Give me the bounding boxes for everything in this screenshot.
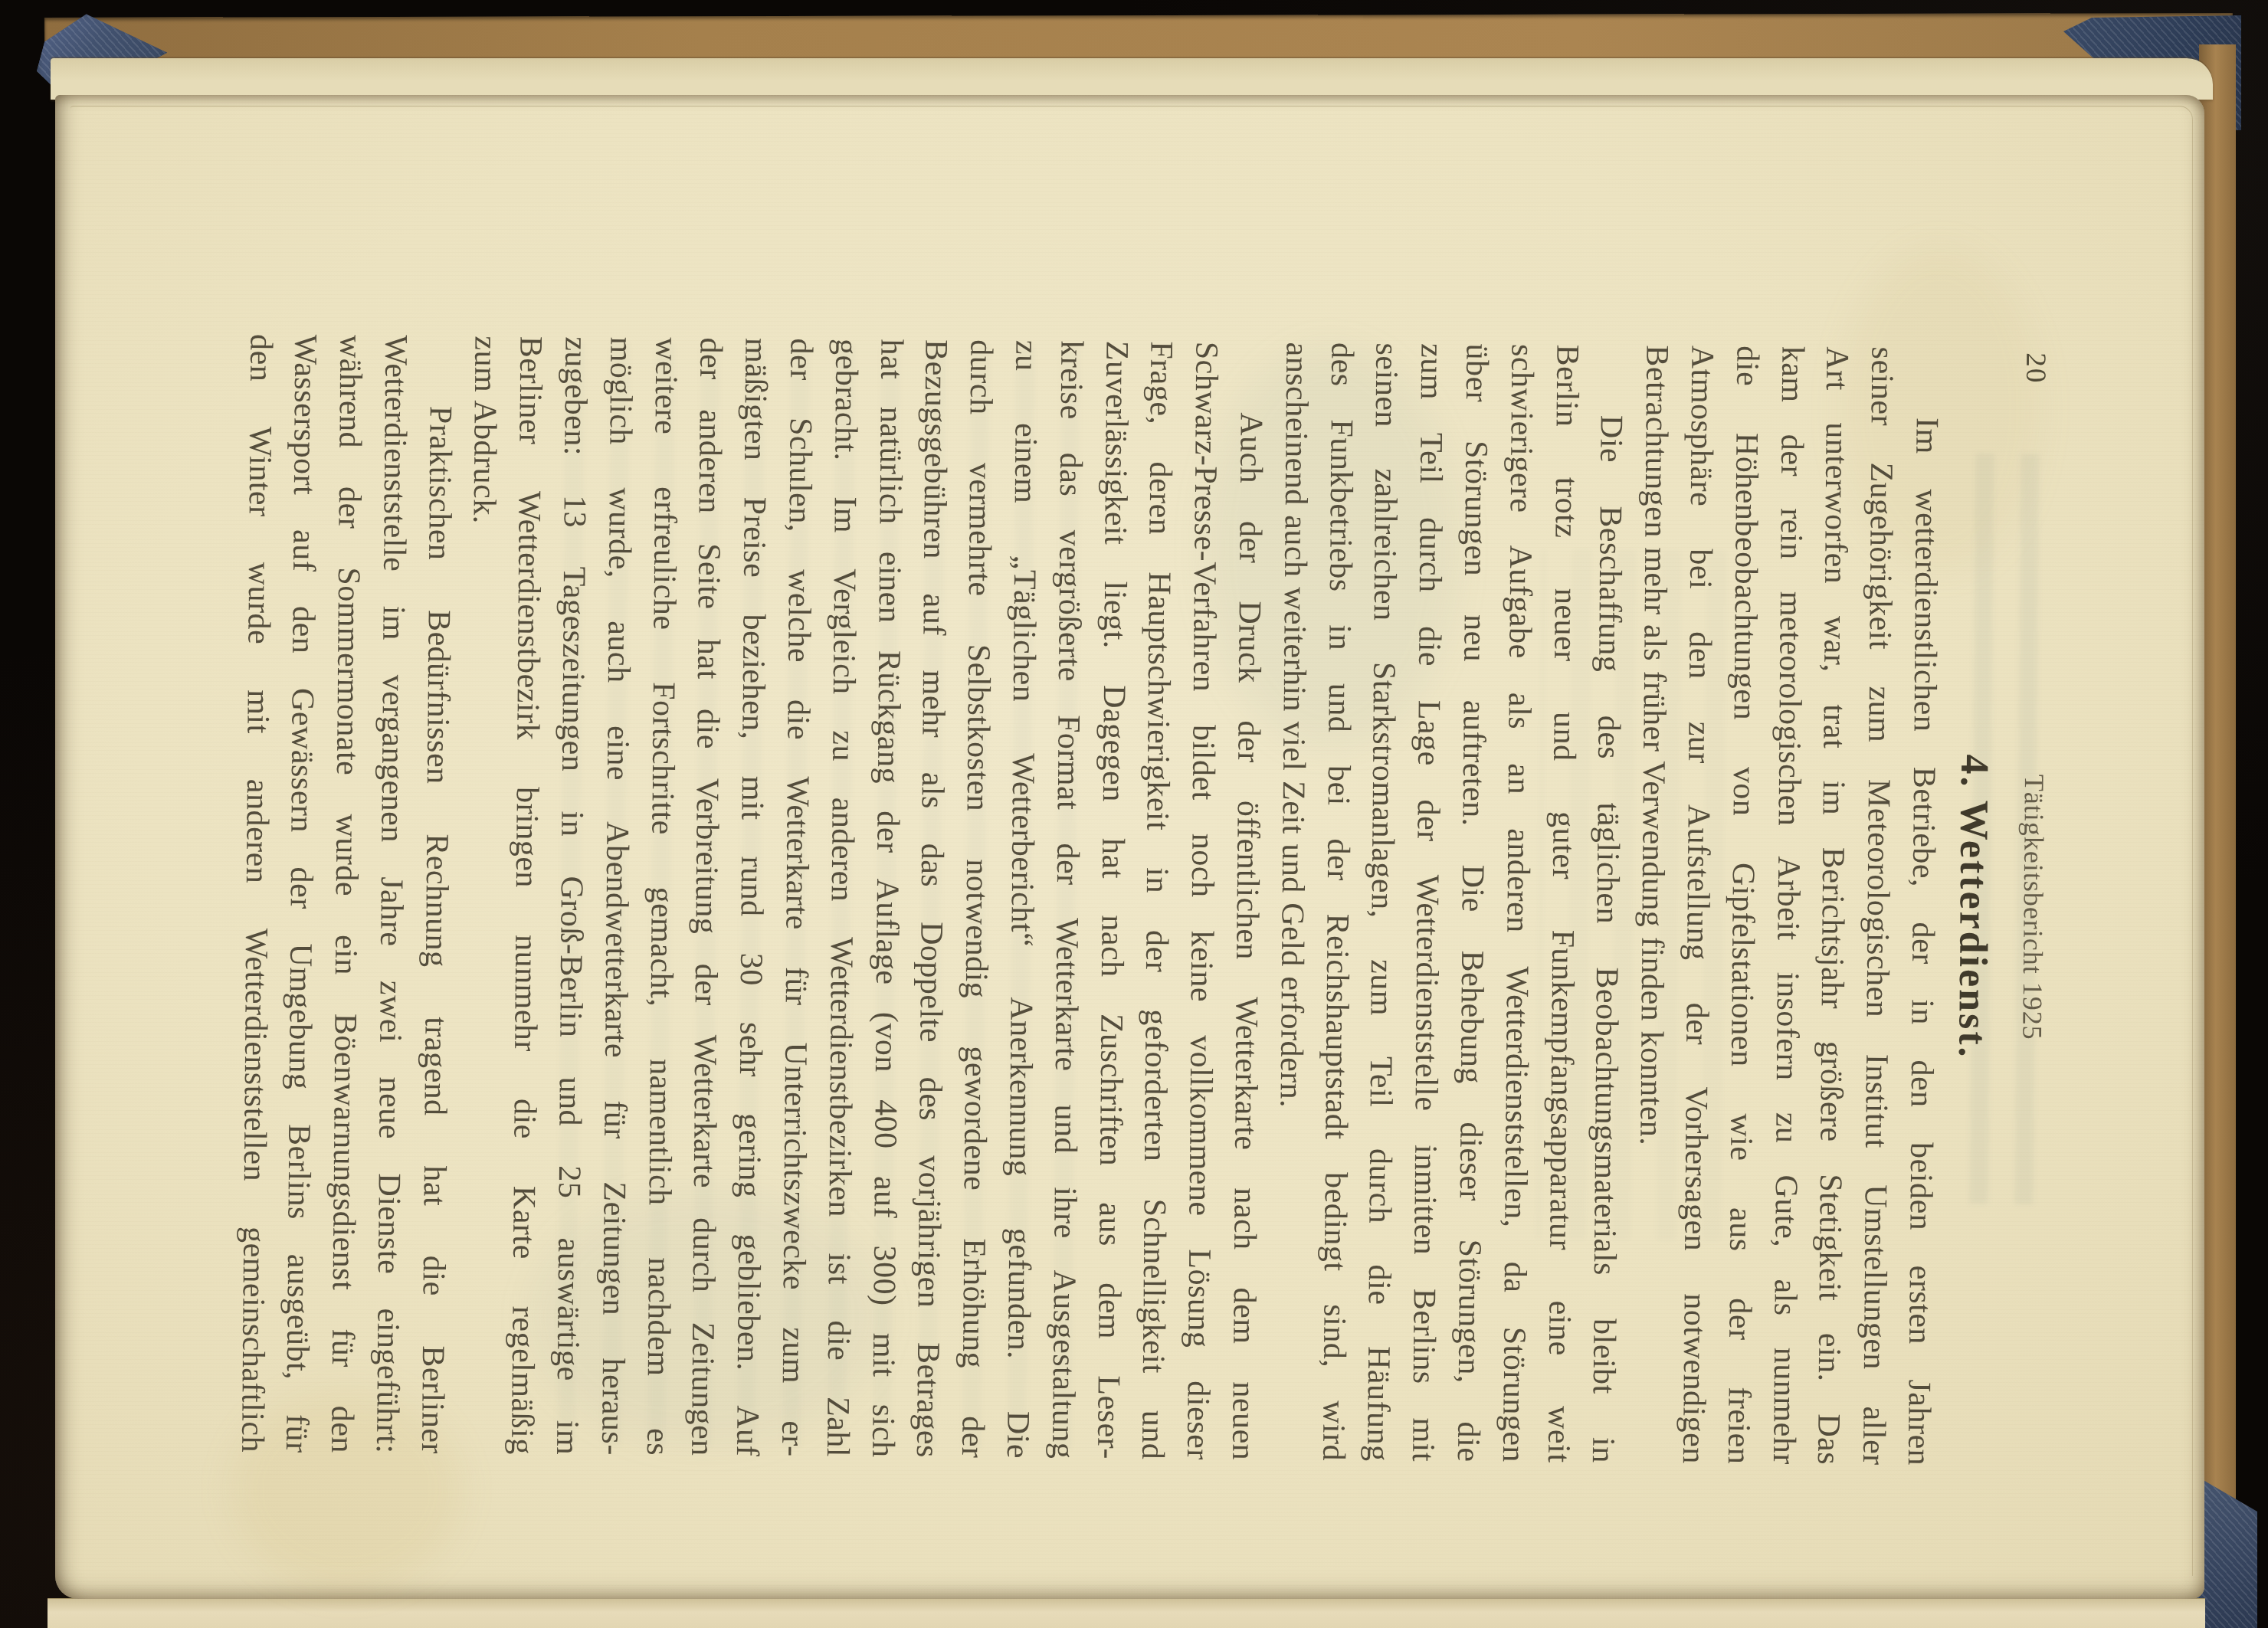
text-line: weitere erfreuliche Fortschritte gemacht…: [634, 337, 688, 1456]
text-line: Atmosphäre bei den zur Aufstellung der V…: [1670, 346, 1724, 1464]
text-line: Berliner Wetterdienstbezirk bringen nunm…: [499, 336, 552, 1455]
page-sheet: 20 Tätigkeitsbericht 1925 4. Wetterdiens…: [44, 78, 2204, 1599]
text-line: schwierigere Aufgabe als an anderen Wett…: [1490, 344, 1544, 1463]
text-line: Auch der Druck der öffentlichen Wetterka…: [1220, 342, 1273, 1460]
text-line: gebracht. Im Vergleich zu anderen Wetter…: [814, 339, 868, 1457]
text-line: die Höhenbeobachtungen von Gipfelstation…: [1716, 346, 1769, 1464]
text-line: möglich wurde, auch eine Abendwetterkart…: [589, 337, 643, 1456]
book-cover-right-edge: [2199, 44, 2236, 1508]
text-line: des Funkbetriebs in und bei der Reichsha…: [1310, 342, 1364, 1461]
text-line: Die Beschaffung des täglichen Beobachtun…: [1581, 345, 1634, 1463]
text-line: zum Teil durch die Lage der Wetterdienst…: [1400, 343, 1454, 1462]
text-line: Berlin trotz neuer und guter Funkempfang…: [1535, 344, 1589, 1463]
text-line: zu einem „Täglichen Wetterbericht“ Anerk…: [995, 340, 1048, 1459]
text-line: Frage, deren Hauptschwierigkeit in der g…: [1130, 341, 1184, 1459]
text-line: hat natürlich einen Rückgang der Auflage…: [860, 339, 913, 1457]
text-line: kam der rein meteorologischen Arbeit ins…: [1761, 346, 1814, 1465]
text-line: Zuverlässigkeit liegt. Dagegen hat nach …: [1085, 341, 1139, 1459]
rotated-page-content: 20 Tätigkeitsbericht 1925 4. Wetterdiens…: [55, 95, 2204, 1599]
text-line: durch vermehrte Selbstkosten notwendig g…: [949, 339, 1003, 1458]
page-under-edge-bottom: [48, 1599, 2205, 1628]
text-line: der anderen Seite hat die Verbreitung de…: [680, 337, 733, 1456]
text-line: über Störungen neu auftreten. Die Behebu…: [1445, 343, 1499, 1462]
section-title: 4. Wetterdienst.: [1947, 347, 1998, 1466]
text-line: mäßigten Preise beziehen, mit rund 30 se…: [724, 338, 778, 1456]
text-line: Im wetterdienstlichen Betriebe, der in d…: [1896, 347, 1949, 1466]
text-line: Wetterdienststelle im vergangenen Jahre …: [364, 335, 418, 1453]
text-line: Schwarz-Presse-Verfahren bildet noch kei…: [1175, 342, 1228, 1460]
text-line: seiner Zugehörigkeit zum Meteorologische…: [1850, 346, 1904, 1465]
text-line: Art unterworfen war, trat im Berichtsjah…: [1806, 346, 1860, 1465]
text-line: kreise das vergrößerte Format der Wetter…: [1040, 340, 1093, 1459]
text-line: den Winter wurde mit anderen Wetterdiens…: [229, 334, 283, 1453]
text-line: der Schulen, welche die Wetterkarte für …: [769, 338, 823, 1456]
text-line: während der Sommermonate wurde ein Böenw…: [319, 335, 372, 1453]
running-header: Tätigkeitsbericht 1925: [2013, 348, 2053, 1466]
body-text: Im wetterdienstlichen Betriebe, der in d…: [229, 334, 1950, 1466]
text-line: seinen zahlreichen Starkstromanlagen, zu…: [1355, 342, 1409, 1461]
text-line: Bezugsgebühren auf mehr als das Doppelte…: [905, 339, 959, 1458]
text-line: Wassersport auf den Gewässern der Umgebu…: [274, 334, 328, 1453]
text-line: Praktischen Bedürfnissen Rechnung tragen…: [409, 336, 463, 1454]
scan-background: { "document": { "page_number": "20", "ru…: [0, 0, 2268, 1628]
text-line: zugeben: 13 Tageszeitungen in Groß-Berli…: [544, 336, 598, 1455]
